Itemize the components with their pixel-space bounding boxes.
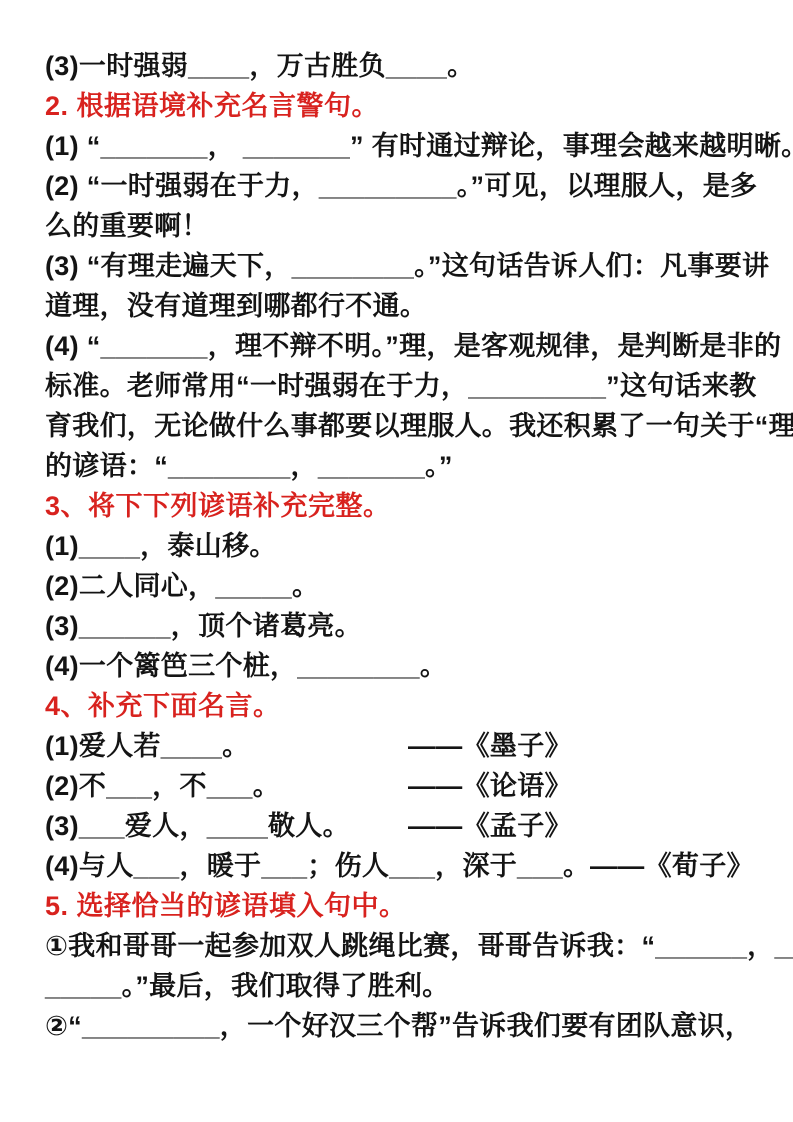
question-2-item-1: (1) “_______， _______” 有时通过辩论，事理会越来越明晰。 xyxy=(45,126,769,166)
question-4-item-3: (3)___爱人，____敬人。 ——《孟子》 xyxy=(45,806,769,846)
question-4-item-4: (4)与人___，暖于___；伤人___，深于___。 ——《荀子》 xyxy=(45,846,769,886)
section-5-heading: 5. 选择恰当的谚语填入句中。 xyxy=(45,886,769,926)
question-2-item-2: (2) “一时强弱在于力，_________。”可见，以理服人，是多 xyxy=(45,166,769,206)
worksheet-page: (3)一时强弱____，万古胜负____。 2. 根据语境补充名言警句。 (1)… xyxy=(0,0,793,1122)
question-4-item-1-source: ——《墨子》 xyxy=(408,726,572,766)
question-2-item-3-cont: 道理，没有道理到哪都行不通。 xyxy=(45,286,769,326)
section-3-heading: 3、将下下列谚语补充完整。 xyxy=(45,486,769,526)
section-2-heading: 2. 根据语境补充名言警句。 xyxy=(45,86,769,126)
question-2-item-4-cont-1: 标准。老师常用“一时强弱在于力，_________”这句话来教 xyxy=(45,366,769,406)
question-2-item-4: (4) “_______，理不辩不明。”理，是客观规律，是判断是非的 xyxy=(45,326,769,366)
question-1-item-3: (3)一时强弱____，万古胜负____。 xyxy=(45,46,769,86)
question-2-item-4-cont-3: 的谚语：“________，_______。” xyxy=(45,446,769,486)
question-4-item-2: (2)不___，不___。 ——《论语》 xyxy=(45,766,769,806)
question-3-item-1: (1)____，泰山移。 xyxy=(45,526,769,566)
question-2-item-4-cont-2: 育我们，无论做什么事都要以理服人。我还积累了一句关于“理” xyxy=(45,406,769,446)
section-4-heading: 4、补充下面名言。 xyxy=(45,686,769,726)
question-4-item-3-text: (3)___爱人，____敬人。 xyxy=(45,811,350,841)
worksheet-content: (3)一时强弱____，万古胜负____。 2. 根据语境补充名言警句。 (1)… xyxy=(45,46,769,1046)
question-4-item-2-text: (2)不___，不___。 xyxy=(45,771,280,801)
question-4-item-4-text: (4)与人___，暖于___；伤人___，深于___。 xyxy=(45,851,590,881)
question-5-item-1-cont: _____。”最后，我们取得了胜利。 xyxy=(45,966,769,1006)
question-2-item-3: (3) “有理走遍天下，________。”这句话告诉人们：凡事要讲 xyxy=(45,246,769,286)
question-4-item-3-source: ——《孟子》 xyxy=(408,806,572,846)
question-5-item-1: ①我和哥哥一起参加双人跳绳比赛，哥哥告诉我：“______，__ xyxy=(45,926,769,966)
question-2-item-2-cont: 么的重要啊！ xyxy=(45,206,769,246)
question-3-item-3: (3)______，顶个诸葛亮。 xyxy=(45,606,769,646)
question-4-item-1: (1)爱人若____。 ——《墨子》 xyxy=(45,726,769,766)
question-3-item-4: (4)一个篱笆三个桩，________。 xyxy=(45,646,769,686)
question-4-item-2-source: ——《论语》 xyxy=(408,766,572,806)
question-5-item-2: ②“_________，一个好汉三个帮”告诉我们要有团队意识， xyxy=(45,1006,769,1046)
question-4-item-4-source: ——《荀子》 xyxy=(590,846,754,886)
question-3-item-2: (2)二人同心，_____。 xyxy=(45,566,769,606)
question-4-item-1-text: (1)爱人若____。 xyxy=(45,731,249,761)
